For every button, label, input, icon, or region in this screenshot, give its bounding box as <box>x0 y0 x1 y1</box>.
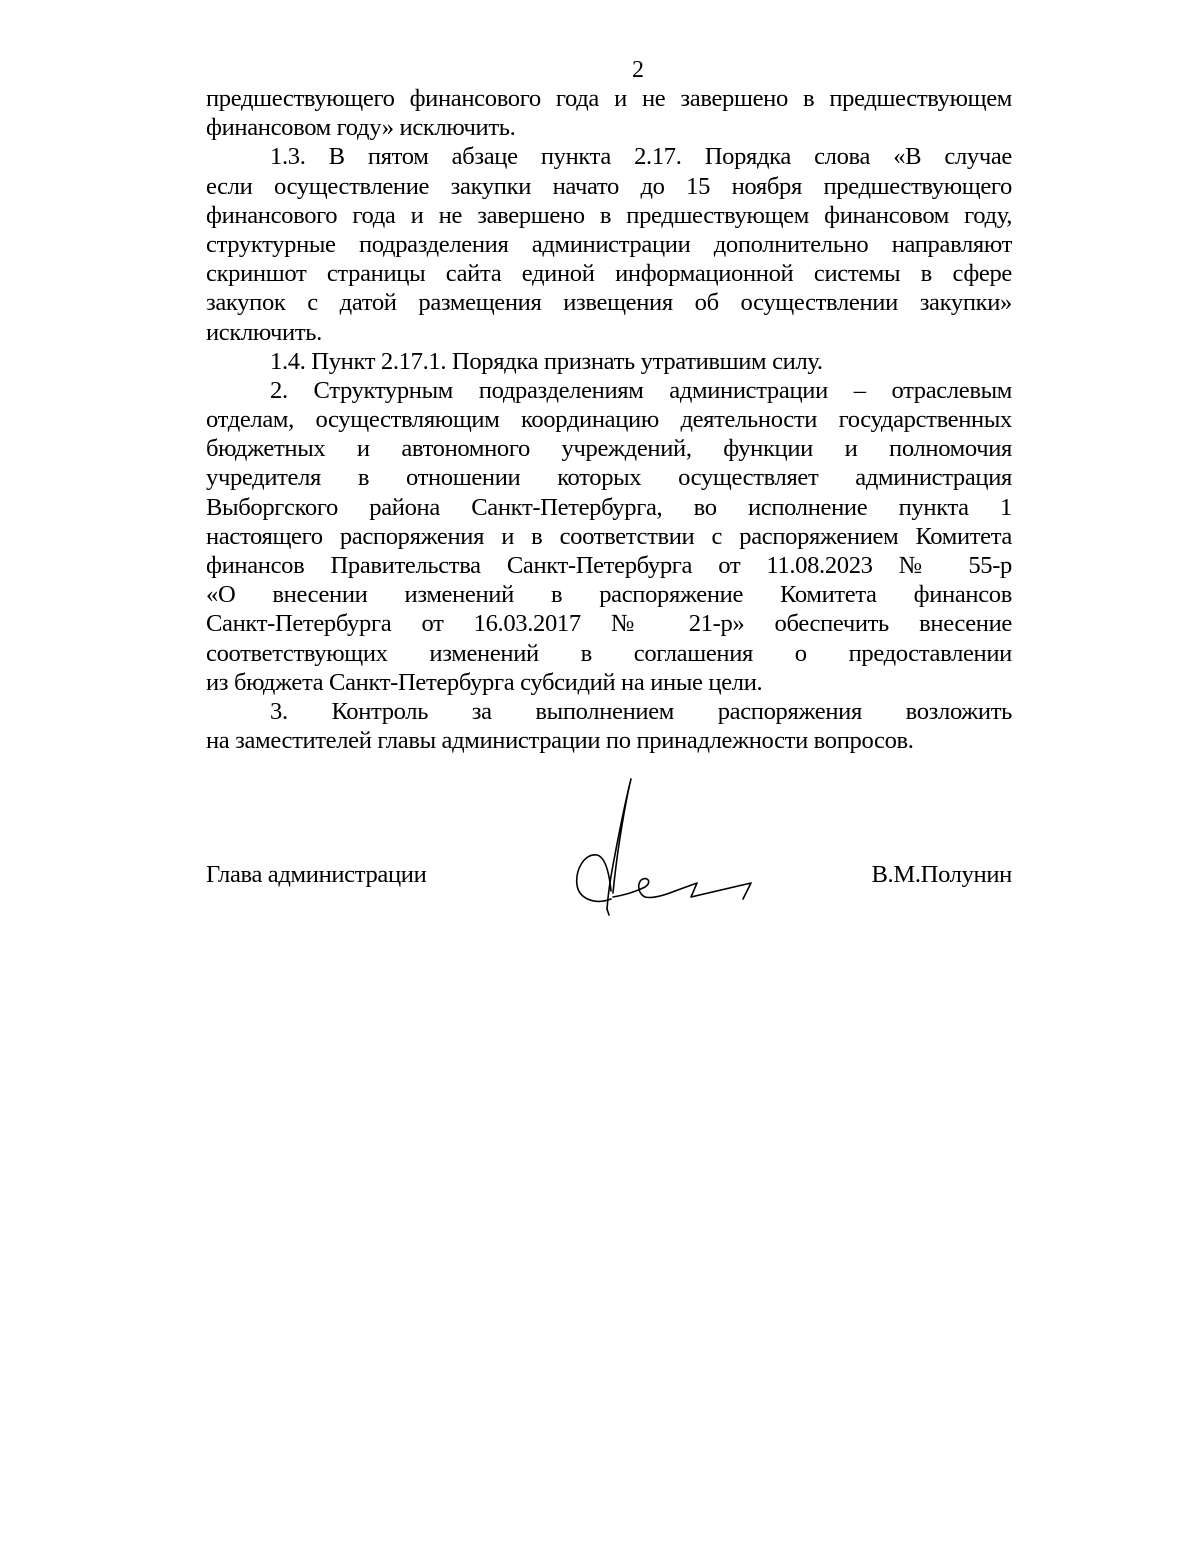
text-line: 2. Структурным подразделениям администра… <box>206 376 1012 405</box>
text-line: структурные подразделения администрации … <box>206 230 1012 259</box>
text-line: если осуществление закупки начато до 15 … <box>206 172 1012 201</box>
document-body: предшествующего финансового года и не за… <box>206 84 1012 755</box>
text-line: бюджетных и автономного учреждений, функ… <box>206 434 1012 463</box>
text-line: предшествующего финансового года и не за… <box>206 84 1012 113</box>
text-line: 1.3. В пятом абзаце пункта 2.17. Порядка… <box>206 142 1012 171</box>
text-line: 1.4. Пункт 2.17.1. Порядка признать утра… <box>206 347 1012 376</box>
text-line: скриншот страницы сайта единой информаци… <box>206 259 1012 288</box>
text-line: Санкт-Петербурга от 16.03.2017 № 21-р» о… <box>206 609 1012 638</box>
paragraph-3: 3. Контроль за выполнением распоряжения … <box>206 697 1012 755</box>
text-line: настоящего распоряжения и в соответствии… <box>206 522 1012 551</box>
text-line: финансового года и не завершено в предше… <box>206 201 1012 230</box>
text-line: на заместителей главы администрации по п… <box>206 726 1012 755</box>
text-line: Выборгского района Санкт-Петербурга, во … <box>206 493 1012 522</box>
paragraph-1-4: 1.4. Пункт 2.17.1. Порядка признать утра… <box>206 347 1012 376</box>
text-line: отделам, осуществляющим координацию деят… <box>206 405 1012 434</box>
text-line: финансовом году» исключить. <box>206 113 1012 142</box>
text-line: учредителя в отношении которых осуществл… <box>206 463 1012 492</box>
paragraph-2: 2. Структурным подразделениям администра… <box>206 376 1012 697</box>
signatory-name: В.М.Полунин <box>871 860 1012 890</box>
paragraph-1-3: 1.3. В пятом абзаце пункта 2.17. Порядка… <box>206 142 1012 346</box>
text-line: «О внесении изменений в распоряжение Ком… <box>206 580 1012 609</box>
text-line: закупок с датой размещения извещения об … <box>206 288 1012 317</box>
text-line: из бюджета Санкт-Петербурга субсидий на … <box>206 668 1012 697</box>
signatory-position: Глава администрации <box>206 860 426 890</box>
document-page: 2 предшествующего финансового года и не … <box>0 0 1200 1553</box>
text-line: финансов Правительства Санкт-Петербурга … <box>206 551 1012 580</box>
signature-block: Глава администрации В.М.Полунин <box>206 860 1012 900</box>
page-number: 2 <box>0 56 1200 84</box>
text-line: исключить. <box>206 318 1012 347</box>
paragraph-continuation: предшествующего финансового года и не за… <box>206 84 1012 142</box>
text-line: соответствующих изменений в соглашения о… <box>206 639 1012 668</box>
text-line: 3. Контроль за выполнением распоряжения … <box>206 697 1012 726</box>
